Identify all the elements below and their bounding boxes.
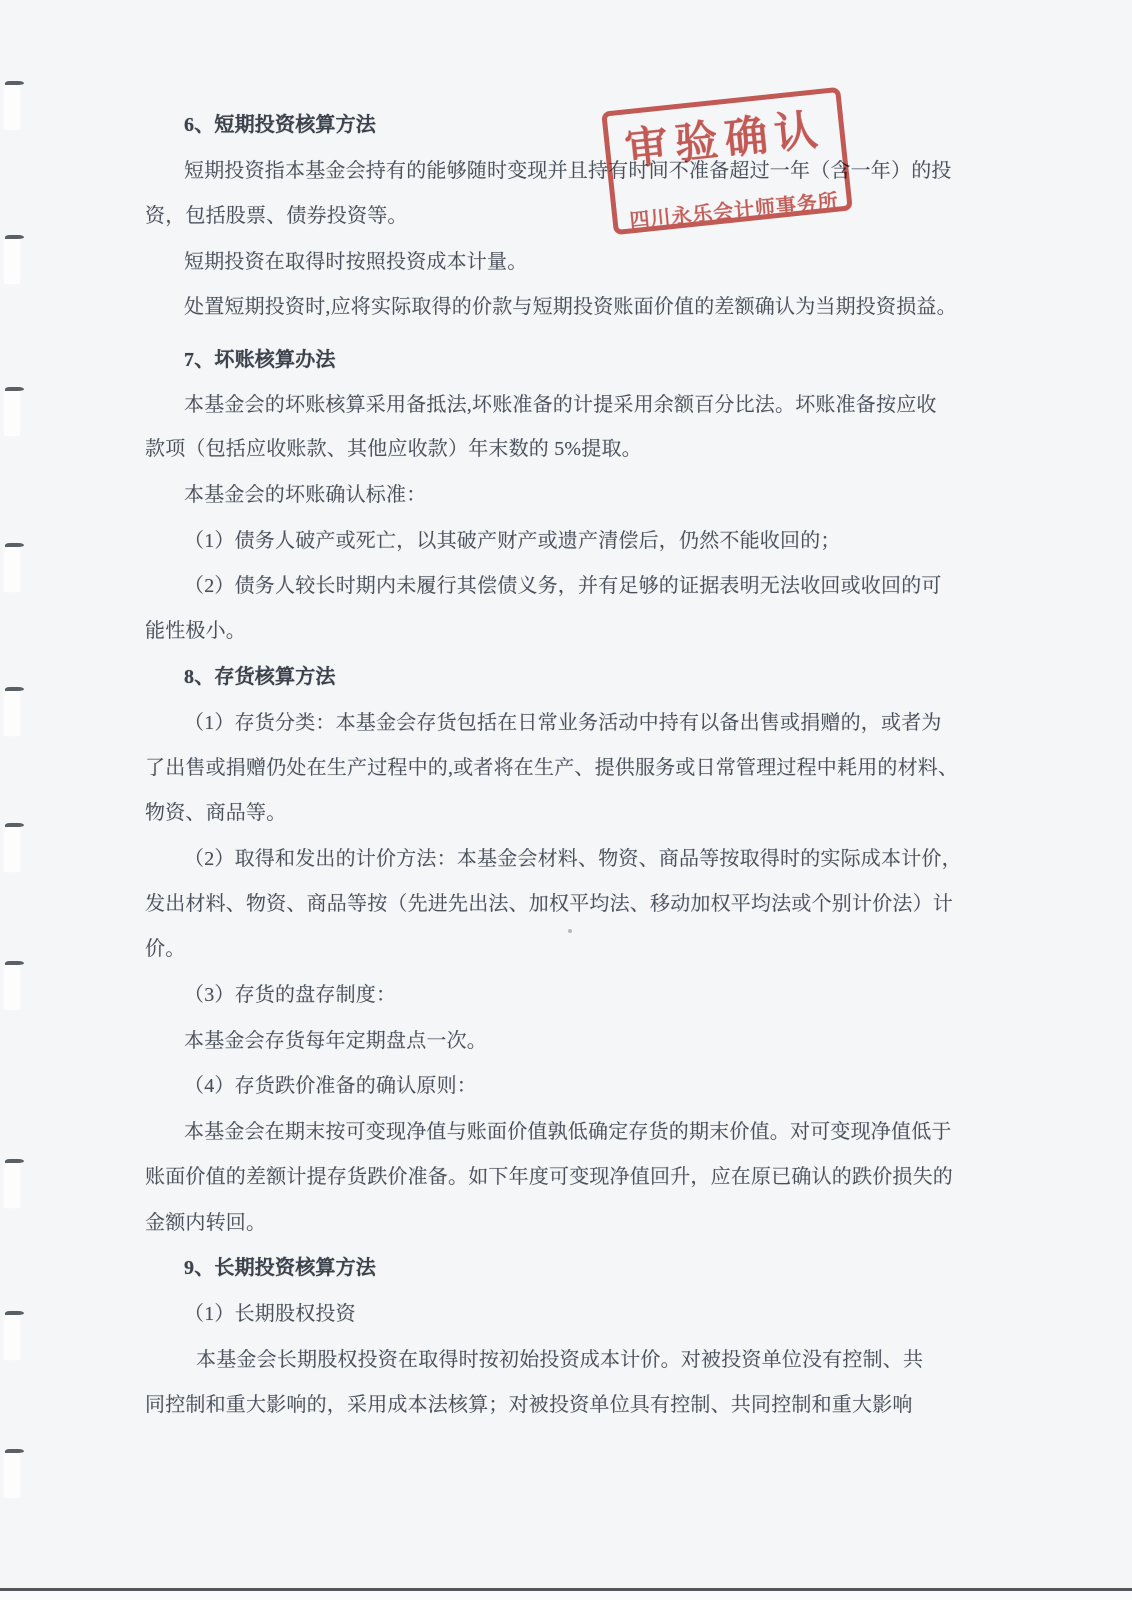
scanned-document-page: 6、短期投资核算方法 短期投资指本基金会持有的能够随时变现并且持有时间不准备超过… <box>0 0 1132 1600</box>
text-line: 发出材料、物资、商品等按（先进先出法、加权平均法、移动加权平均法或个别计价法）计 <box>145 891 953 917</box>
section-heading-7: 7、坏账核算办法 <box>184 347 336 373</box>
text-line: 资，包括股票、债券投资等。 <box>145 203 408 229</box>
text-line: 本基金会长期股权投资在取得时按初始投资成本计价。对被投资单位没有控制、共 <box>196 1347 923 1373</box>
text-line: 款项（包括应收账款、其他应收款）年末数的 5%提取。 <box>145 436 642 462</box>
punch-hole-mark <box>4 826 20 872</box>
text-line: （3）存货的盘存制度： <box>184 982 396 1008</box>
text-line: （2）取得和发出的计价方法：本基金会材料、物资、商品等按取得时的实际成本计价， <box>184 846 962 872</box>
text-line: 本基金会的坏账核算采用备抵法,坏账准备的计提采用余额百分比法。坏账准备按应收 <box>184 392 937 418</box>
section-heading-8: 8、存货核算方法 <box>184 664 336 690</box>
punch-hole-mark <box>4 690 20 736</box>
text-line: 了出售或捐赠仍处在生产过程中的,或者将在生产、提供服务或日常管理过程中耗用的材料… <box>145 755 958 781</box>
punch-hole-mark <box>4 546 20 592</box>
punch-hole-mark <box>4 1314 20 1360</box>
text-line: 本基金会存货每年定期盘点一次。 <box>184 1028 487 1054</box>
punch-hole-mark <box>4 84 20 130</box>
text-line: 同控制和重大影响的，采用成本法核算；对被投资单位具有控制、共同控制和重大影响 <box>145 1392 913 1418</box>
punch-hole-mark <box>4 1452 20 1498</box>
text-line: （1）债务人破产或死亡，以其破产财产或遗产清偿后，仍然不能收回的； <box>184 528 841 554</box>
section-heading-6: 6、短期投资核算方法 <box>184 112 376 138</box>
text-line: （4）存货跌价准备的确认原则： <box>184 1073 477 1099</box>
text-line: 处置短期投资时,应将实际取得的价款与短期投资账面价值的差额确认为当期投资损益。 <box>184 294 957 320</box>
text-line: 账面价值的差额计提存货跌价准备。如下年度可变现净值回升，应在原已确认的跌价损失的 <box>145 1164 953 1190</box>
text-line: 物资、商品等。 <box>145 800 286 826</box>
punch-hole-mark <box>4 390 20 436</box>
text-line: 短期投资在取得时按照投资成本计量。 <box>184 249 527 275</box>
text-line: （1）存货分类：本基金会存货包括在日常业务活动中持有以备出售或捐赠的，或者为 <box>184 710 942 736</box>
verification-stamp: 审验确认 四川永乐会计师事务所 <box>601 87 853 235</box>
scanner-bed-strip <box>0 1591 1132 1600</box>
punch-hole-mark <box>4 964 20 1010</box>
scan-speck <box>568 929 572 933</box>
section-heading-9: 9、长期投资核算方法 <box>184 1255 376 1281</box>
text-line: 本基金会在期末按可变现净值与账面价值孰低确定存货的期末价值。对可变现净值低于 <box>184 1119 952 1145</box>
text-line: 本基金会的坏账确认标准： <box>184 482 426 508</box>
text-line: （2）债务人较长时期内未履行其偿债义务，并有足够的证据表明无法收回或收回的可 <box>184 573 942 599</box>
stamp-title-text: 审验确认 <box>607 94 842 179</box>
text-line: 金额内转回。 <box>145 1210 266 1236</box>
punch-hole-mark <box>4 1162 20 1208</box>
text-line: 能性极小。 <box>145 618 246 644</box>
stamp-firm-name: 四川永乐会计师事务所 <box>610 183 858 235</box>
text-line: （1）长期股权投资 <box>184 1301 356 1327</box>
text-line: 价。 <box>145 936 185 962</box>
punch-hole-mark <box>4 238 20 284</box>
